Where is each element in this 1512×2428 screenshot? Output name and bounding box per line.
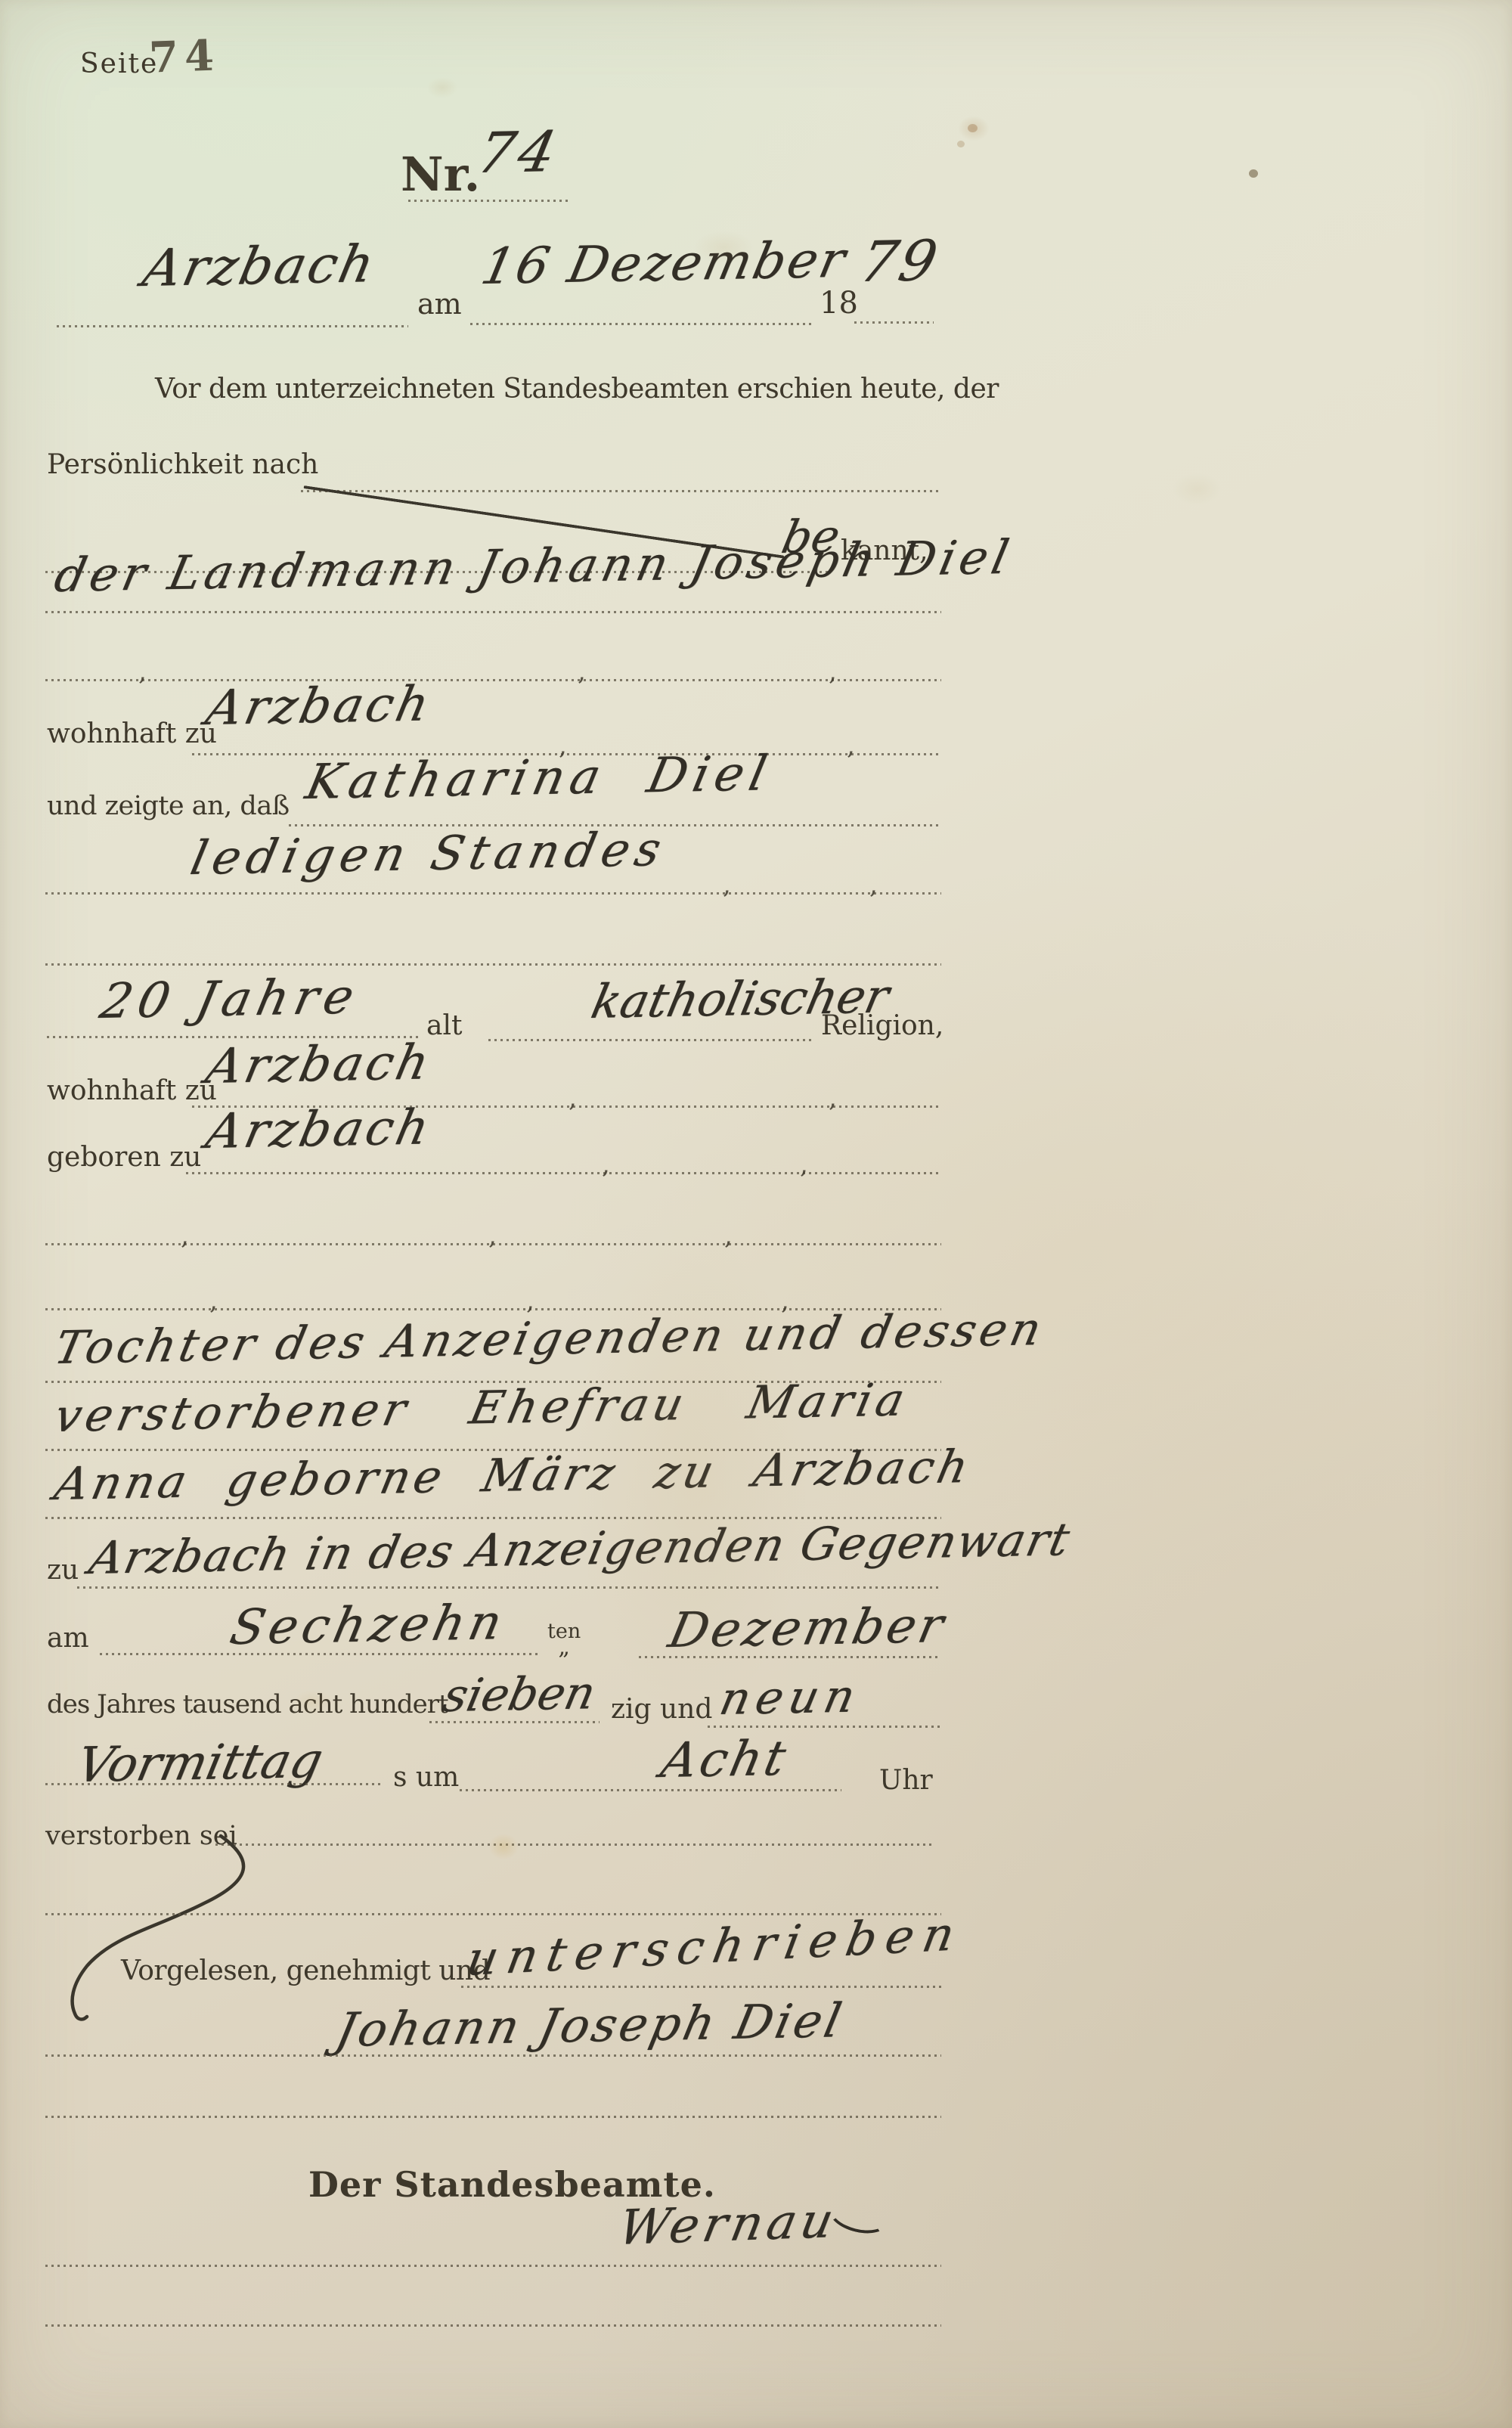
year-written: 79 bbox=[854, 228, 946, 295]
page-side-label: Seite bbox=[80, 48, 158, 79]
dotted-rule bbox=[488, 1039, 815, 1041]
printed-comma: , bbox=[488, 1220, 497, 1251]
dotted-rule bbox=[45, 892, 941, 895]
paper-stain bbox=[420, 73, 464, 103]
record-number-value: 74 bbox=[472, 119, 566, 186]
zu-label: zu bbox=[47, 1555, 79, 1586]
geboren-zu-label: geboren zu bbox=[47, 1142, 201, 1173]
registry-place-written: Arzbach bbox=[138, 234, 381, 299]
printed-comma: , bbox=[829, 656, 837, 687]
year-decade-written: sieben bbox=[438, 1667, 600, 1723]
dotted-rule bbox=[408, 200, 571, 202]
dotted-rule bbox=[639, 1656, 941, 1658]
paper-stain bbox=[951, 110, 996, 147]
paper-stain bbox=[968, 124, 978, 132]
printed-comma: , bbox=[724, 1220, 733, 1251]
zig-und-label: zig und bbox=[611, 1694, 712, 1725]
death-register-page: Seite 74 Nr. 74 Arzbach am 16 Dezember 1… bbox=[0, 0, 1512, 2428]
declarant-name-written: der Landmann Johann Joseph Diel bbox=[50, 529, 1018, 603]
printed-comma: , bbox=[800, 1149, 808, 1180]
wohnhaft-zu-label-2: wohnhaft zu bbox=[47, 1075, 217, 1106]
dotted-rule bbox=[45, 2054, 941, 2057]
death-paragraph-line-2: verstorbener Ehefrau Maria bbox=[50, 1373, 913, 1443]
age-written: 20 Jahre bbox=[95, 969, 364, 1030]
persoenlichkeit-label: Persönlichkeit nach bbox=[47, 449, 318, 480]
dotted-rule bbox=[461, 1986, 943, 1988]
deceased-name-written: Katharina Diel bbox=[301, 746, 777, 811]
dotted-rule bbox=[45, 1783, 382, 1785]
dotted-rule bbox=[57, 325, 408, 327]
dotted-rule bbox=[45, 2265, 941, 2267]
uhr-label: Uhr bbox=[879, 1765, 933, 1796]
vorgelesen-label: Vorgelesen, genehmigt und bbox=[121, 1955, 490, 1986]
death-place-written: Arzbach in des Anzeigenden Gegenwart bbox=[85, 1513, 1075, 1585]
printed-comma: , bbox=[181, 1220, 189, 1251]
year-century-printed: 18 bbox=[820, 286, 858, 321]
printed-comma: , bbox=[829, 1083, 837, 1113]
birthplace-written: Arzbach bbox=[201, 1099, 437, 1160]
dotted-rule bbox=[77, 1586, 941, 1589]
dotted-rule bbox=[45, 679, 941, 681]
death-paragraph-line-1: Tochter des Anzeigenden und dessen bbox=[50, 1303, 1049, 1375]
paper-stain bbox=[1161, 466, 1233, 513]
religion-label: Religion, bbox=[821, 1010, 943, 1041]
am-label-2: am bbox=[47, 1623, 89, 1654]
dotted-rule bbox=[215, 1843, 934, 1846]
declarant-signature: Johann Joseph Diel bbox=[331, 1992, 849, 2057]
deceased-residence-written: Arzbach bbox=[201, 1034, 437, 1095]
printed-comma: , bbox=[869, 870, 878, 900]
death-month-written: Dezember bbox=[664, 1598, 951, 1659]
dotted-rule bbox=[460, 1789, 841, 1791]
marital-status-written: ledigen Standes bbox=[186, 821, 672, 885]
dotted-rule bbox=[45, 2324, 941, 2327]
unterschrieben-written: unterschrieben bbox=[463, 1905, 968, 1986]
death-hour-written: Acht bbox=[656, 1731, 793, 1789]
paper-stain bbox=[482, 1828, 525, 1865]
dotted-rule bbox=[470, 323, 814, 325]
printed-comma: , bbox=[847, 730, 855, 761]
printed-comma: , bbox=[526, 1285, 534, 1316]
dotted-rule bbox=[45, 963, 941, 966]
printed-comma: , bbox=[138, 656, 147, 687]
am-label: am bbox=[417, 287, 462, 321]
und-zeigte-label: und zeigte an, daß bbox=[47, 791, 290, 821]
dotted-rule bbox=[429, 1721, 600, 1723]
record-number-label: Nr. bbox=[401, 147, 480, 202]
dotted-rule bbox=[854, 321, 934, 324]
dotted-rule bbox=[708, 1726, 941, 1728]
printed-comma: , bbox=[578, 656, 586, 687]
wohnhaft-zu-label-1: wohnhaft zu bbox=[47, 718, 217, 749]
paper-stain bbox=[957, 141, 965, 147]
year-unit-written: neun bbox=[715, 1670, 866, 1726]
pen-flourish bbox=[42, 1819, 291, 2030]
year-phrase-label: des Jahres tausend acht hundert bbox=[47, 1689, 448, 1719]
printed-comma: , bbox=[569, 1083, 577, 1113]
printed-comma: , bbox=[602, 1149, 610, 1180]
printed-comma: , bbox=[723, 870, 731, 900]
date-day-month-written: 16 Dezember bbox=[476, 231, 853, 296]
printed-comma: , bbox=[209, 1285, 218, 1316]
intro-sentence: Vor dem unterzeichneten Standesbeamten e… bbox=[155, 374, 999, 405]
dotted-rule bbox=[45, 2116, 941, 2118]
paper-stain bbox=[1249, 169, 1258, 178]
ditto-mark: „ bbox=[558, 1639, 570, 1657]
s-um-label: s um bbox=[393, 1762, 459, 1793]
death-day-written: Sechzehn bbox=[225, 1595, 511, 1656]
declarant-residence-written: Arzbach bbox=[201, 676, 437, 736]
dotted-rule bbox=[301, 490, 941, 492]
ordinal-suffix: ten „ bbox=[547, 1624, 581, 1657]
dotted-rule bbox=[186, 1172, 941, 1174]
page-number-stamp: 74 bbox=[148, 30, 221, 82]
dotted-rule bbox=[45, 611, 941, 613]
official-signature: Wernau bbox=[614, 2193, 842, 2256]
